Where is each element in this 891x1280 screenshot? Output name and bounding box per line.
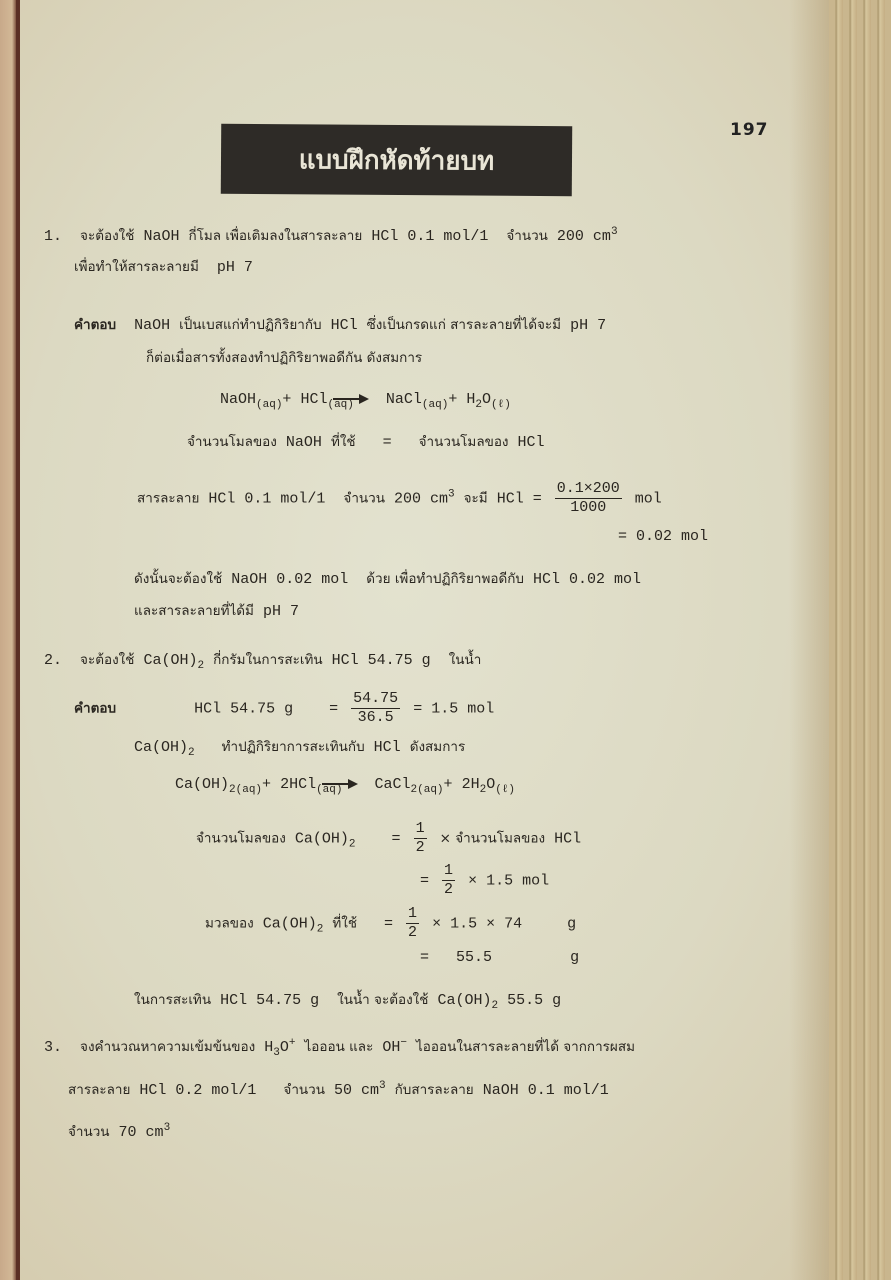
q3-line1: 3. จงคำนวณหาความเข้มข้นของ H3O+ ไอออน แล…	[44, 1033, 635, 1063]
text: ไอออนในสารละลายที่ได้ จากการผสม	[416, 1039, 635, 1055]
text: ในน้ำ	[449, 652, 482, 668]
text: จำนวนโมลของ	[196, 830, 286, 846]
text: ซึ่งเป็นกรดแก่ สารละลายที่ได้จะมี	[367, 317, 561, 333]
text: ที่ใช้	[332, 915, 357, 931]
text: 70 cm	[119, 1124, 164, 1141]
text: จะมี	[464, 490, 488, 506]
text: HCl	[331, 317, 358, 334]
text: NaOH 0.1 mol/1	[483, 1082, 609, 1099]
text: HCl =	[497, 490, 542, 507]
subscript: 2	[188, 747, 195, 759]
fraction-half: 1 2	[406, 905, 419, 942]
reaction-arrow-icon	[333, 394, 369, 404]
q1-calculation: สารละลาย HCl 0.1 mol/1 จำนวน 200 cm3 จะม…	[137, 480, 662, 517]
text: สารละลาย	[137, 490, 199, 506]
state: (aq)	[256, 399, 282, 411]
formula: NaCl	[386, 391, 422, 408]
text: จำนวน	[68, 1124, 110, 1140]
superscript: 3	[164, 1122, 171, 1134]
q1-line1: 1. จะต้องใช้ NaOH กี่โมล เพื่อเติมลงในสา…	[44, 222, 618, 247]
text: กับสารละลาย	[395, 1082, 474, 1098]
question-number: 3.	[44, 1039, 62, 1056]
text: จำนวน	[506, 228, 548, 244]
text: ดังสมการ	[410, 739, 466, 755]
text: × 1.5 mol	[468, 872, 549, 889]
formula: CaCl	[375, 776, 411, 793]
text: pH 7	[263, 603, 299, 620]
text: HCl 54.75 g	[194, 700, 293, 717]
chapter-exercises-banner: แบบฝึกหัดท้ายบท	[221, 124, 572, 196]
text: เป็นเบสแก่ทำปฏิกิริยากับ	[179, 317, 321, 333]
q2-chemical-equation: Ca(OH)2(aq)+ 2HCl(aq) CaCl2(aq)+ 2H2O(ℓ)	[175, 775, 515, 800]
superscript: −	[400, 1037, 407, 1049]
text: 50 cm	[334, 1082, 379, 1099]
question-number: 1.	[44, 228, 62, 245]
superscript: 3	[448, 488, 455, 500]
subscript: 2	[491, 1000, 498, 1012]
text: NaOH	[286, 434, 322, 451]
q1-chemical-equation: NaOH(aq)+ HCl(aq) NaCl(aq)+ H2O(ℓ)	[220, 390, 511, 415]
denominator: 36.5	[358, 709, 394, 727]
superscript: +	[289, 1037, 296, 1049]
text: Ca(OH)	[134, 739, 188, 756]
result-value: 55.5	[456, 949, 492, 966]
denominator: 2	[444, 881, 453, 899]
text: Ca(OH)	[263, 915, 317, 932]
text: ก็ต่อเมื่อสารทั้งสองทำปฏิกิริยาพอดีกัน ด…	[146, 350, 422, 366]
formula: 2HCl	[280, 776, 316, 793]
text: HCl	[374, 739, 401, 756]
text: NaOH	[143, 228, 179, 245]
text: จำนวน	[283, 1082, 325, 1098]
text: ไอออน และ	[304, 1039, 373, 1055]
text: ด้วย เพื่อทำปฏิกิริยาพอดีกับ	[366, 571, 524, 587]
text: Ca(OH)	[143, 652, 197, 669]
text: HCl 0.02 mol	[533, 571, 641, 588]
text: จะต้องใช้	[80, 228, 134, 244]
numerator: 1	[406, 905, 419, 924]
fraction-half: 1 2	[442, 862, 455, 899]
q2-mole-step2: = 1 2 × 1.5 mol	[420, 862, 549, 899]
formula: O	[482, 391, 491, 408]
answer-label: คำตอบ	[74, 317, 116, 333]
page-curl-shadow	[789, 0, 829, 1280]
page-number: 197	[730, 120, 769, 140]
text: และสารละลายที่ได้มี	[134, 603, 254, 619]
text: HCl 0.1 mol/1	[371, 228, 488, 245]
equals: =	[383, 434, 392, 451]
numerator: 0.1×200	[555, 480, 622, 499]
text: × 1.5 × 74	[432, 915, 522, 932]
q3-line3: จำนวน 70 cm3	[68, 1118, 170, 1143]
superscript: 3	[379, 1080, 386, 1092]
text: NaOH	[134, 317, 170, 334]
text: × จำนวนโมลของ	[440, 830, 545, 846]
text: ที่ใช้	[331, 434, 356, 450]
text: HCl 0.1 mol/1	[208, 490, 325, 507]
formula: HCl	[300, 391, 327, 408]
text: OH	[382, 1039, 400, 1056]
subscript: 2	[349, 838, 356, 850]
text: HCl 54.75 g	[332, 652, 431, 669]
numerator: 54.75	[351, 690, 400, 709]
denominator: 1000	[570, 499, 606, 517]
text: จงคำนวณหาความเข้มข้นของ	[80, 1039, 255, 1055]
q2-mole-relation: จำนวนโมลของ Ca(OH)2 = 1 2 × จำนวนโมลของ …	[196, 820, 581, 857]
result-value: = 0.02 mol	[618, 528, 708, 545]
text: 200 cm	[557, 228, 611, 245]
fraction-half: 1 2	[414, 820, 427, 857]
text: ทำปฏิกิริยาการสะเทินกับ	[222, 739, 365, 755]
numerator: 1	[442, 862, 455, 881]
q2-answer-hcl: คำตอบ HCl 54.75 g = 54.75 36.5 = 1.5 mol	[74, 690, 494, 727]
q1-conclusion-line1: ดังนั้นจะต้องใช้ NaOH 0.02 mol ด้วย เพื่…	[134, 569, 641, 590]
equals: =	[420, 949, 429, 966]
state: 2(aq)	[229, 784, 262, 796]
q1-line2: เพื่อทำให้สารละลายมี pH 7	[74, 257, 253, 278]
formula: Ca(OH)	[175, 776, 229, 793]
book-page: แบบฝึกหัดท้ายบท 197 1. จะต้องใช้ NaOH กี…	[0, 0, 891, 1280]
denominator: 2	[408, 924, 417, 942]
formula: 2H	[462, 776, 480, 793]
unit: g	[567, 915, 576, 932]
unit: g	[570, 949, 579, 966]
section-title: แบบฝึกหัดท้ายบท	[299, 139, 495, 181]
unit: mol	[635, 490, 662, 507]
text: เพื่อทำให้สารละลายมี	[74, 259, 199, 275]
q1-result: = 0.02 mol	[618, 527, 708, 547]
text: 55.5 g	[507, 992, 561, 1009]
equals: =	[392, 830, 401, 847]
question-number: 2.	[44, 652, 62, 669]
text: จะต้องใช้	[80, 652, 134, 668]
text: HCl	[518, 434, 545, 451]
formula: NaOH	[220, 391, 256, 408]
text: HCl	[554, 830, 581, 847]
q2-conclusion: ในการสะเทิน HCl 54.75 g ในน้ำ จะต้องใช้ …	[134, 990, 561, 1016]
text: จำนวน	[343, 490, 385, 506]
equals: =	[384, 915, 393, 932]
text: จำนวนโมลของ	[187, 434, 277, 450]
state: (ℓ)	[495, 784, 515, 796]
state: (ℓ)	[491, 399, 511, 411]
q1-mole-equality: จำนวนโมลของ NaOH ที่ใช้ = จำนวนโมลของ HC…	[187, 432, 545, 453]
q1-answer-line1: คำตอบ NaOH เป็นเบสแก่ทำปฏิกิริยากับ HCl …	[74, 315, 606, 336]
q1-answer-line2: ก็ต่อเมื่อสารทั้งสองทำปฏิกิริยาพอดีกัน ด…	[146, 348, 422, 369]
formula: O	[486, 776, 495, 793]
q2-line1: 2. จะต้องใช้ Ca(OH)2 กี่กรัมในการสะเทิน …	[44, 650, 481, 676]
text: กี่กรัมในการสะเทิน	[213, 652, 323, 668]
subscript: 3	[273, 1047, 280, 1059]
fraction: 54.75 36.5	[351, 690, 400, 727]
result-value: = 1.5 mol	[413, 700, 494, 717]
subscript: 2	[475, 399, 482, 411]
q3-line2: สารละลาย HCl 0.2 mol/1 จำนวน 50 cm3 กับส…	[68, 1076, 609, 1101]
denominator: 2	[416, 839, 425, 857]
state: 2(aq)	[411, 784, 444, 796]
numerator: 1	[414, 820, 427, 839]
text: HCl 54.75 g	[220, 992, 319, 1009]
fraction: 0.1×200 1000	[555, 480, 622, 517]
q2-mass-result: = 55.5 g	[420, 948, 579, 968]
subscript: 2	[197, 660, 204, 672]
equals: =	[329, 700, 338, 717]
text: ดังนั้นจะต้องใช้	[134, 571, 222, 587]
text: 200 cm	[394, 490, 448, 507]
plus: +	[444, 776, 453, 793]
text: Ca(OH)	[295, 830, 349, 847]
subscript: 2	[317, 923, 324, 935]
equals: =	[420, 872, 429, 889]
reaction-arrow-icon	[322, 779, 358, 789]
plus: +	[262, 776, 271, 793]
text: pH 7	[217, 259, 253, 276]
plus: +	[282, 391, 291, 408]
text: H	[264, 1039, 273, 1056]
q2-reaction-intro: Ca(OH)2 ทำปฏิกิริยาการสะเทินกับ HCl ดังส…	[134, 737, 465, 763]
text: NaOH 0.02 mol	[231, 571, 348, 588]
text: O	[280, 1039, 289, 1056]
state: (aq)	[422, 399, 448, 411]
text: สารละลาย	[68, 1082, 130, 1098]
text: กี่โมล เพื่อเติมลงในสารละลาย	[188, 228, 362, 244]
text: มวลของ	[205, 915, 254, 931]
q2-mass-calc: มวลของ Ca(OH)2 ที่ใช้ = 1 2 × 1.5 × 74 g	[205, 905, 576, 942]
text: pH 7	[570, 317, 606, 334]
plus: +	[448, 391, 457, 408]
superscript: 3	[611, 226, 618, 238]
q1-conclusion-line2: และสารละลายที่ได้มี pH 7	[134, 601, 299, 622]
answer-label: คำตอบ	[74, 700, 116, 716]
text: Ca(OH)	[437, 992, 491, 1009]
text: ในน้ำ จะต้องใช้	[337, 992, 428, 1008]
text: จำนวนโมลของ	[419, 434, 509, 450]
text: HCl 0.2 mol/1	[139, 1082, 256, 1099]
binding-line	[16, 0, 19, 1280]
page-stack-edge	[829, 0, 891, 1280]
text: ในการสะเทิน	[134, 992, 211, 1008]
